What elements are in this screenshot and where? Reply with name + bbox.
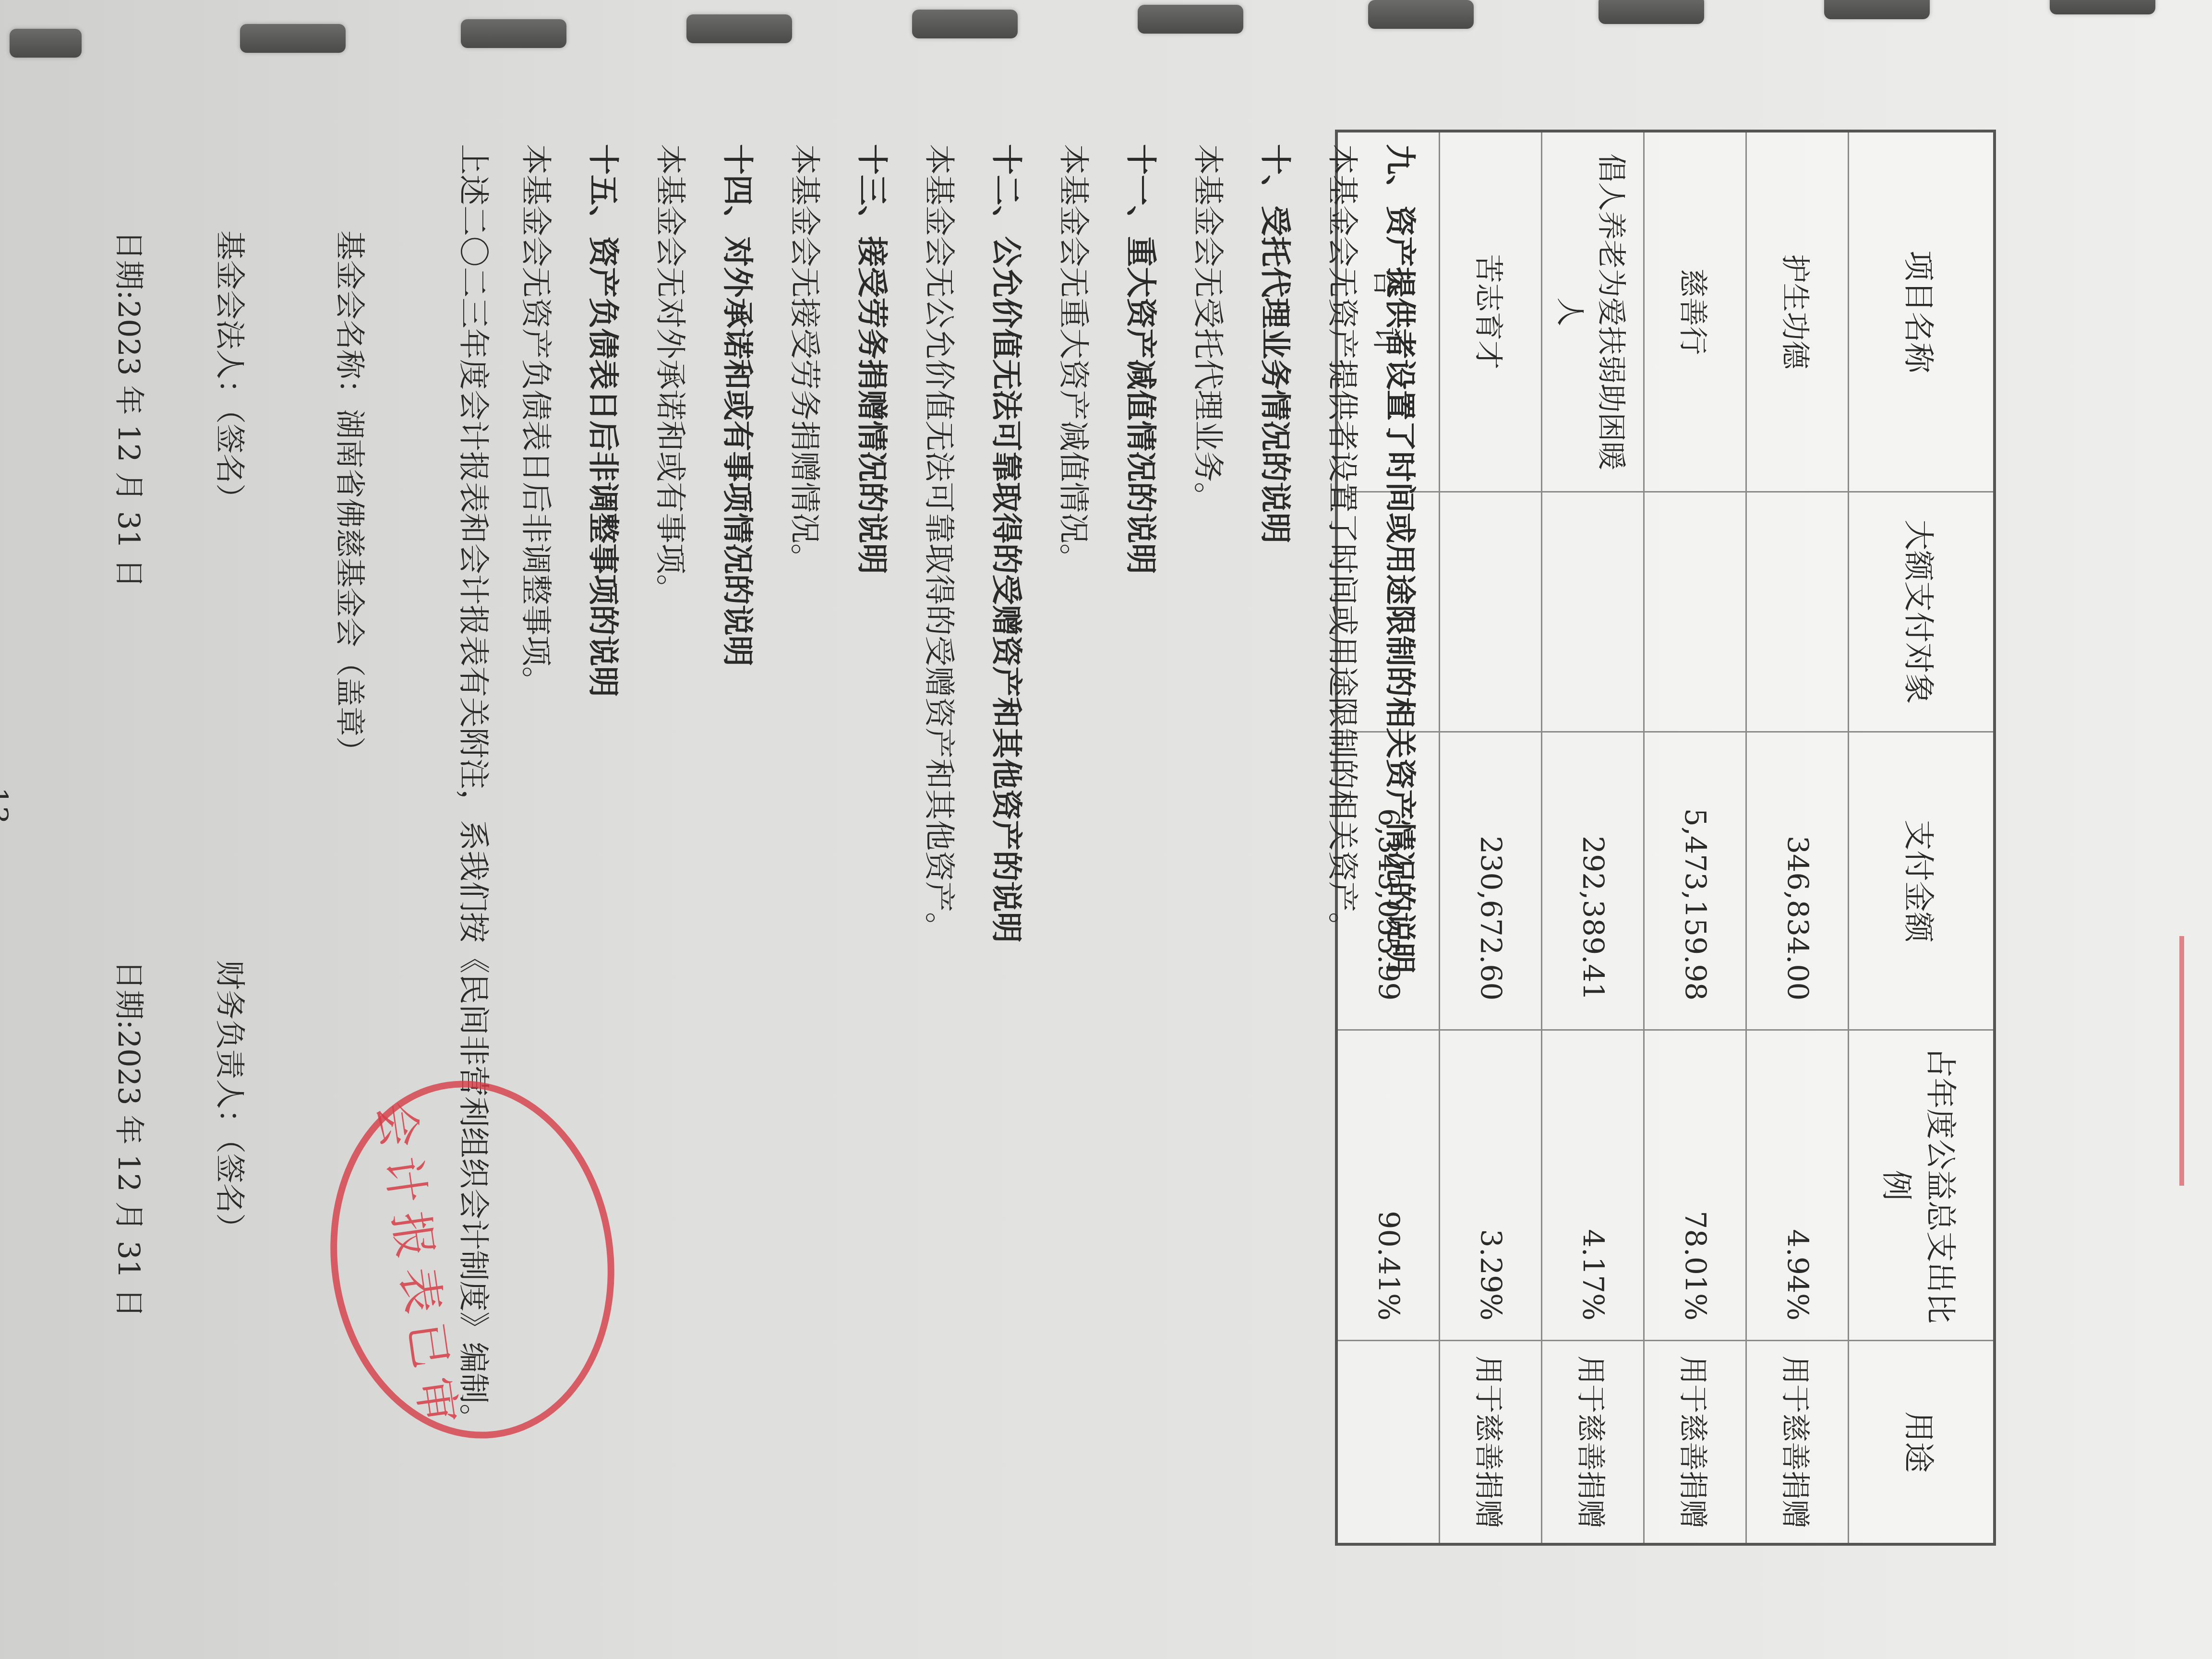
cell-ratio: 78.01% <box>1644 1030 1746 1341</box>
section-13-heading: 十三、接受劳务捐赠情况的说明 <box>853 144 897 574</box>
cell-name: 护生功德 <box>1746 131 1849 492</box>
cell-amount: 292,389.41 <box>1542 732 1644 1030</box>
cell-amount: 5,473,159.98 <box>1644 732 1746 1030</box>
cell-use: 用于慈善捐赠 <box>1440 1341 1542 1544</box>
section-10-heading: 十、受托代理业务情况的说明 <box>1256 144 1300 543</box>
document-page: 项目名称 大额支付对象 支付金额 占年度公益总支出比例 用途 护生功德 346,… <box>0 0 2212 1659</box>
date-left: 日期:2023 年 12 月 31 日 <box>110 230 153 588</box>
stamp-center-text: 会计报表已审 <box>364 1091 478 1443</box>
section-14-body: 本基金会无对外承诺和或有事项。 <box>651 144 695 605</box>
section-11-body: 本基金会无重大资产减值情况。 <box>1054 144 1098 574</box>
section-14-heading: 十四、对外承诺和或有事项情况的说明 <box>718 144 762 666</box>
audit-stamp: 会计报表已审 <box>308 1062 637 1457</box>
section-15-body: 本基金会无资产负债表日后非调整事项。 <box>517 144 561 697</box>
section-9-heading: 九、资产提供者设置了时间或用途限制的相关资产情况的说明 <box>1381 144 1425 974</box>
cell-payee <box>1542 492 1644 732</box>
section-10-body: 本基金会无受托代理业务。 <box>1189 144 1233 513</box>
seal-fragment-edge <box>2179 936 2199 1186</box>
date-right: 日期:2023 年 12 月 31 日 <box>110 960 153 1318</box>
section-12-heading: 十二、公允价值无法可靠取得的受赠资产和其他资产的说明 <box>987 144 1031 943</box>
header-payee: 大额支付对象 <box>1849 492 1995 732</box>
cell-ratio: 4.94% <box>1746 1030 1849 1341</box>
cell-name: 慈善行 <box>1644 131 1746 492</box>
header-ratio: 占年度公益总支出比例 <box>1849 1030 1995 1341</box>
section-11-heading: 十一、重大资产减值情况的说明 <box>1121 144 1166 574</box>
cell-ratio: 4.17% <box>1542 1030 1644 1341</box>
cell-use: 用于慈善捐赠 <box>1644 1341 1746 1544</box>
section-15-heading: 十五、资产负债表日后非调整事项的说明 <box>584 144 628 697</box>
header-amount: 支付金额 <box>1849 732 1995 1030</box>
table-row: 护生功德 346,834.00 4.94% 用于慈善捐赠 <box>1746 131 1849 1544</box>
large-payments-table: 项目名称 大额支付对象 支付金额 占年度公益总支出比例 用途 护生功德 346,… <box>1335 130 1996 1546</box>
table-row: 苦志育才 230,672.60 3.29% 用于慈善捐赠 <box>1440 131 1542 1544</box>
page-number: 13 <box>0 787 13 824</box>
finance-head-label: 财务负责人：（签名） <box>211 960 253 1243</box>
section-13-body: 本基金会无接受劳务捐赠情况。 <box>785 144 829 574</box>
cell-use: 用于慈善捐赠 <box>1746 1341 1849 1544</box>
cell-amount: 346,834.00 <box>1746 732 1849 1030</box>
cell-name: 倡人养老为爱扶弱助困暖人 <box>1542 131 1644 492</box>
section-9-body: 本基金会无资产提供者设置了时间或用途限制的相关资产。 <box>1323 144 1367 943</box>
legal-representative-label: 基金会法人：（签名） <box>211 230 253 513</box>
table-row: 慈善行 5,473,159.98 78.01% 用于慈善捐赠 <box>1644 131 1746 1544</box>
cell-payee <box>1746 492 1849 732</box>
table-row: 倡人养老为爱扶弱助困暖人 292,389.41 4.17% 用于慈善捐赠 <box>1542 131 1644 1544</box>
section-12-body: 本基金会无公允价值无法可靠取得的受赠资产和其他资产。 <box>920 144 964 943</box>
cell-payee <box>1644 492 1746 732</box>
header-project-name: 项目名称 <box>1849 131 1995 492</box>
cell-amount: 230,672.60 <box>1440 732 1542 1030</box>
cell-name: 苦志育才 <box>1440 131 1542 492</box>
foundation-name-label: 基金会名称：湖南省佛慈基金会（盖章） <box>331 230 373 766</box>
cell-use: 用于慈善捐赠 <box>1542 1341 1644 1544</box>
table-header-row: 项目名称 大额支付对象 支付金额 占年度公益总支出比例 用途 <box>1849 131 1995 1544</box>
cell-ratio: 90.41% <box>1336 1030 1440 1341</box>
cell-payee <box>1440 492 1542 732</box>
header-use: 用途 <box>1849 1341 1995 1544</box>
cell-use <box>1336 1341 1440 1544</box>
cell-ratio: 3.29% <box>1440 1030 1542 1341</box>
